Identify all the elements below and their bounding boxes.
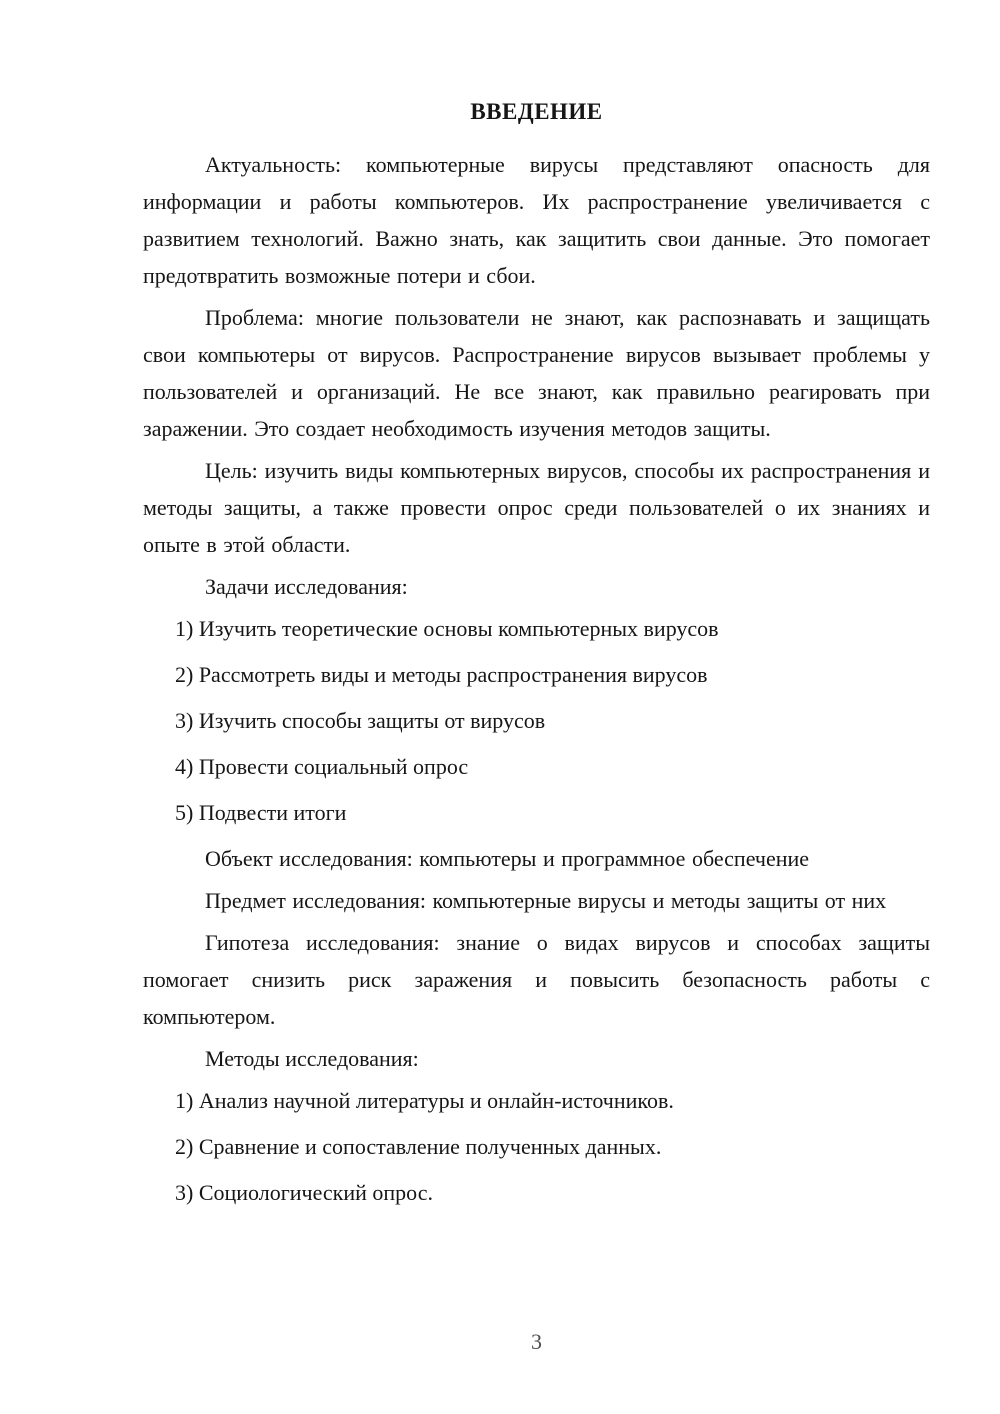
task-item: 3) Изучить способы защиты от вирусов xyxy=(175,702,930,739)
section-title: ВВЕДЕНИЕ xyxy=(143,93,930,130)
paragraph-goal: Цель: изучить виды компьютерных вирусов,… xyxy=(143,452,930,563)
page-number: 3 xyxy=(143,1323,930,1360)
task-item: 4) Провести социальный опрос xyxy=(175,748,930,785)
paragraph-object: Объект исследования: компьютеры и програ… xyxy=(143,840,930,877)
paragraph-subject: Предмет исследования: компьютерные вирус… xyxy=(143,882,930,919)
paragraph-actuality: Актуальность: компьютерные вирусы предст… xyxy=(143,146,930,294)
task-item: 5) Подвести итоги xyxy=(175,794,930,831)
method-item: 1) Анализ научной литературы и онлайн-ис… xyxy=(175,1082,930,1119)
tasks-heading: Задачи исследования: xyxy=(143,568,930,605)
method-item: 3) Социологический опрос. xyxy=(175,1174,930,1211)
tasks-list: 1) Изучить теоретические основы компьюте… xyxy=(143,610,930,831)
method-item: 2) Сравнение и сопоставление полученных … xyxy=(175,1128,930,1165)
task-item: 2) Рассмотреть виды и методы распростран… xyxy=(175,656,930,693)
paragraph-problem: Проблема: многие пользователи не знают, … xyxy=(143,299,930,447)
methods-list: 1) Анализ научной литературы и онлайн-ис… xyxy=(143,1082,930,1211)
methods-heading: Методы исследования: xyxy=(143,1040,930,1077)
paragraph-hypothesis: Гипотеза исследования: знание о видах ви… xyxy=(143,924,930,1035)
document-page: ВВЕДЕНИЕ Актуальность: компьютерные виру… xyxy=(0,0,1000,1414)
task-item: 1) Изучить теоретические основы компьюте… xyxy=(175,610,930,647)
